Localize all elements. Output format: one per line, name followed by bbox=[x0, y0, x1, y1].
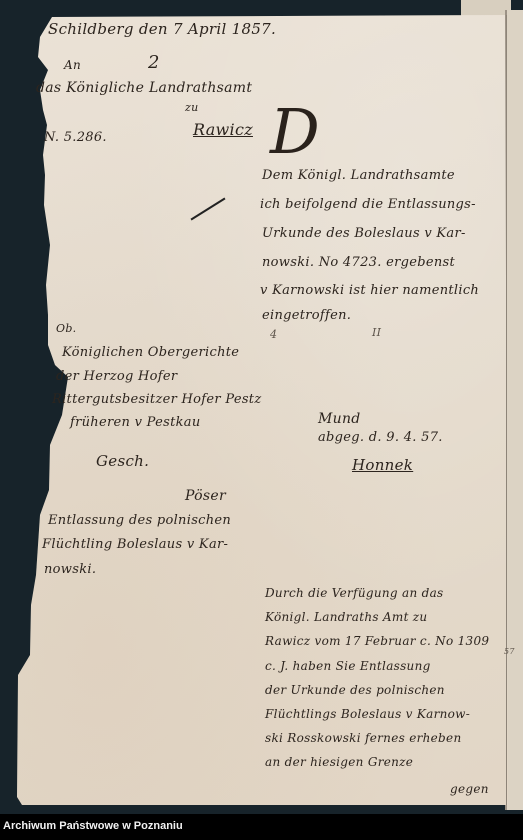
back-sheet-tab bbox=[461, 0, 511, 16]
block2-closing: Gesch. bbox=[96, 452, 149, 470]
note-line-2: abgeg. d. 9. 4. 57. bbox=[318, 430, 443, 445]
block3-line-1: Entlassung des polnischen bbox=[48, 513, 231, 528]
catchword: gegen bbox=[450, 782, 489, 796]
signature: Honnek bbox=[352, 456, 413, 474]
lower-line-4: c. J. haben Sie Entlassung bbox=[265, 659, 431, 673]
note-line-1: Mund bbox=[318, 411, 361, 427]
document-scan: Schildberg den 7 April 1857. An 2 das Kö… bbox=[0, 0, 523, 814]
back-sheet bbox=[505, 10, 523, 810]
block2-line-2: der Herzog Hofer bbox=[56, 369, 177, 384]
main-line-3: Urkunde des Boleslaus v Kar- bbox=[262, 226, 466, 241]
lower-line-1: Durch die Verfügung an das bbox=[265, 586, 443, 600]
archive-caption: Archiwum Państwowe w Poznaniu bbox=[3, 820, 183, 832]
block3-line-2: Flüchtling Boleslaus v Kar- bbox=[42, 537, 228, 552]
main-line-5: v Karnowski ist hier namentlich bbox=[260, 283, 479, 298]
lower-line-2: Königl. Landraths Amt zu bbox=[265, 610, 427, 624]
margin-mark-2: II bbox=[372, 326, 381, 339]
fraction-mark: 57 bbox=[504, 647, 515, 656]
addressee: das Königliche Landrathsamt bbox=[36, 80, 252, 96]
place-name: Rawicz bbox=[193, 120, 253, 139]
number-mark: 2 bbox=[148, 52, 160, 73]
block2-signature: Pöser bbox=[185, 488, 226, 504]
lower-line-3: Rawicz vom 17 Februar c. No 1309 bbox=[265, 634, 489, 648]
lower-line-6: Flüchtlings Boleslaus v Karnow- bbox=[265, 707, 470, 721]
lower-line-7: ski Rosskowski fernes erheben bbox=[265, 731, 461, 745]
block2-line-3: Rittergutsbesitzer Hofer Pestz bbox=[52, 392, 261, 407]
main-line-4: nowski. No 4723. ergebenst bbox=[262, 255, 455, 270]
lower-line-5: der Urkunde des polnischen bbox=[265, 683, 445, 697]
addressee-to: zu bbox=[185, 101, 198, 114]
addressee-prefix: An bbox=[64, 58, 81, 72]
main-line-6: eingetroffen. bbox=[262, 308, 351, 323]
block2-line-4: früheren v Pestkau bbox=[70, 415, 201, 430]
reference-number: N. 5.286. bbox=[44, 130, 107, 145]
block3-line-3: nowski. bbox=[44, 562, 96, 577]
header-date: Schildberg den 7 April 1857. bbox=[48, 20, 276, 38]
block2-prefix: Ob. bbox=[56, 322, 76, 335]
margin-mark-1: 4 bbox=[270, 328, 277, 341]
page-fold-line bbox=[506, 15, 507, 805]
lower-line-8: an der hiesigen Grenze bbox=[265, 755, 413, 769]
block2-line-1: Königlichen Obergerichte bbox=[62, 345, 239, 360]
main-line-2: ich beifolgend die Entlassungs- bbox=[260, 197, 476, 212]
decorative-initial: D bbox=[270, 95, 320, 168]
caption-bar: Archiwum Państwowe w Poznaniu bbox=[0, 814, 523, 840]
main-line-1: Dem Königl. Landrathsamte bbox=[262, 168, 455, 183]
